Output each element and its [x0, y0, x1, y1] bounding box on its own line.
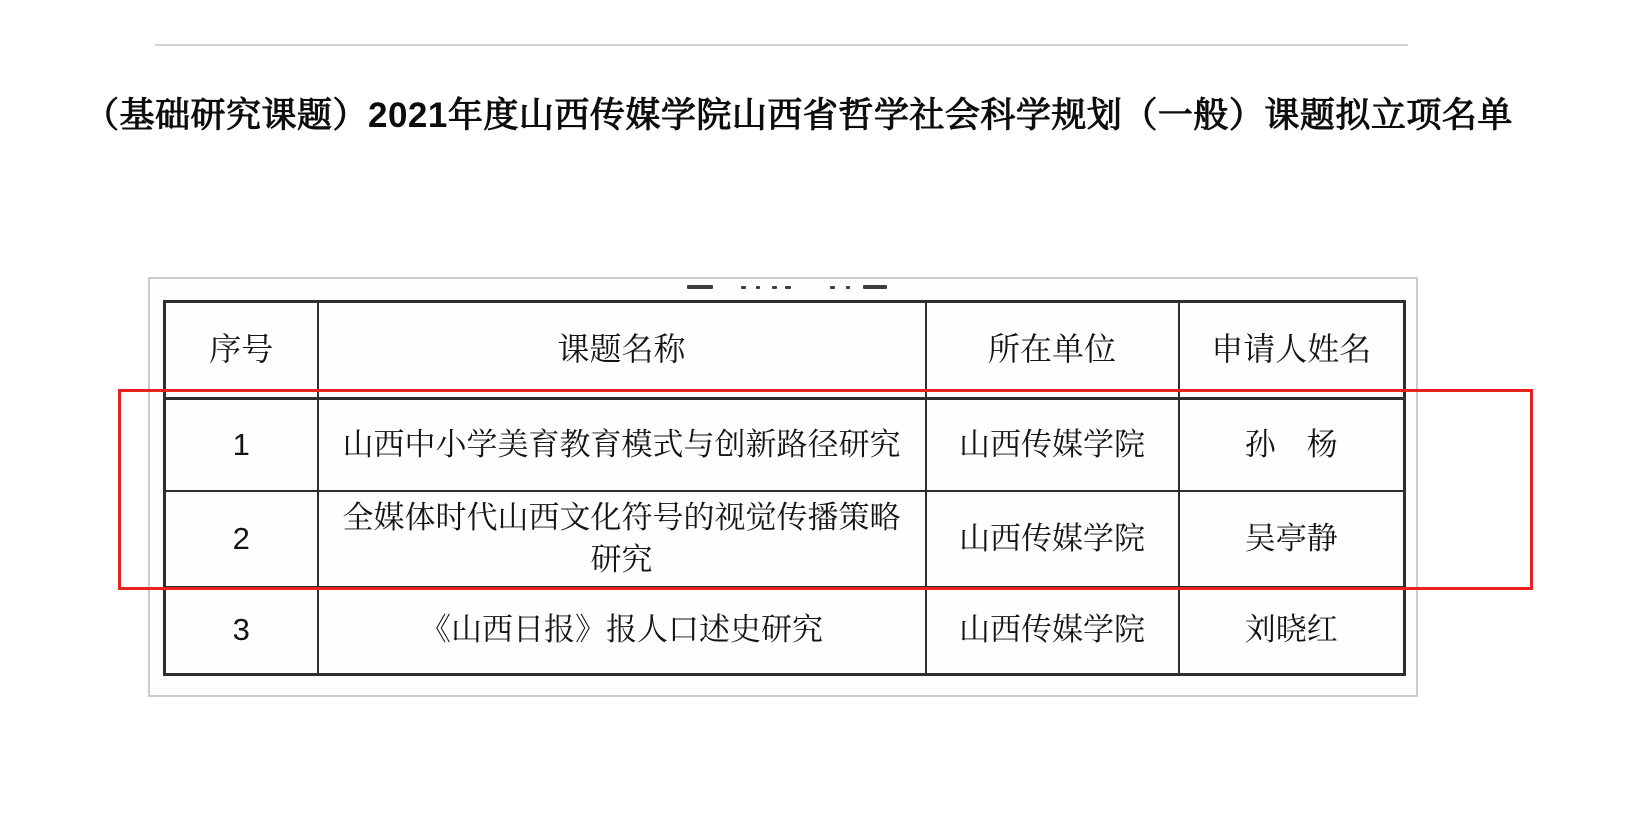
clipped-text-artifact — [741, 286, 746, 289]
cell-applicant: 孙 杨 — [1179, 399, 1405, 491]
clipped-text-artifact — [863, 285, 887, 289]
cell-project: 山西中小学美育教育模式与创新路径研究 — [318, 399, 926, 491]
document-page: （基础研究课题）2021年度山西传媒学院山西省哲学社会科学规划（一般）课题拟立项… — [0, 0, 1649, 814]
cell-applicant: 刘晓红 — [1179, 587, 1405, 675]
cell-no: 3 — [165, 587, 318, 675]
table-row: 3 《山西日报》报人口述史研究 山西传媒学院 刘晓红 — [165, 587, 1405, 675]
cell-project: 《山西日报》报人口述史研究 — [318, 587, 926, 675]
document-title: （基础研究课题）2021年度山西传媒学院山西省哲学社会科学规划（一般）课题拟立项… — [84, 88, 1564, 138]
clipped-text-artifact — [772, 286, 777, 289]
cell-unit: 山西传媒学院 — [926, 587, 1179, 675]
cell-unit: 山西传媒学院 — [926, 399, 1179, 491]
table-row: 1 山西中小学美育教育模式与创新路径研究 山西传媒学院 孙 杨 — [165, 399, 1405, 491]
project-approval-table: 序号 课题名称 所在单位 申请人姓名 1 山西中小学美育教育模式与创新路径研究 … — [163, 300, 1406, 676]
cell-applicant: 吴亭静 — [1179, 491, 1405, 587]
cell-unit: 山西传媒学院 — [926, 491, 1179, 587]
cell-project: 全媒体时代山西文化符号的视觉传播策略研究 — [318, 491, 926, 587]
horizontal-rule — [155, 44, 1408, 46]
column-header-applicant: 申请人姓名 — [1179, 302, 1405, 399]
clipped-text-artifact — [846, 286, 850, 289]
column-header-project: 课题名称 — [318, 302, 926, 399]
cell-no: 1 — [165, 399, 318, 491]
column-header-unit: 所在单位 — [926, 302, 1179, 399]
clipped-text-artifact — [830, 286, 835, 289]
table-header-row: 序号 课题名称 所在单位 申请人姓名 — [165, 302, 1405, 399]
column-header-no: 序号 — [165, 302, 318, 399]
clipped-text-artifact — [687, 285, 713, 289]
clipped-text-artifact — [756, 286, 760, 289]
cell-no: 2 — [165, 491, 318, 587]
clipped-text-artifact — [785, 286, 791, 289]
table-row: 2 全媒体时代山西文化符号的视觉传播策略研究 山西传媒学院 吴亭静 — [165, 491, 1405, 587]
